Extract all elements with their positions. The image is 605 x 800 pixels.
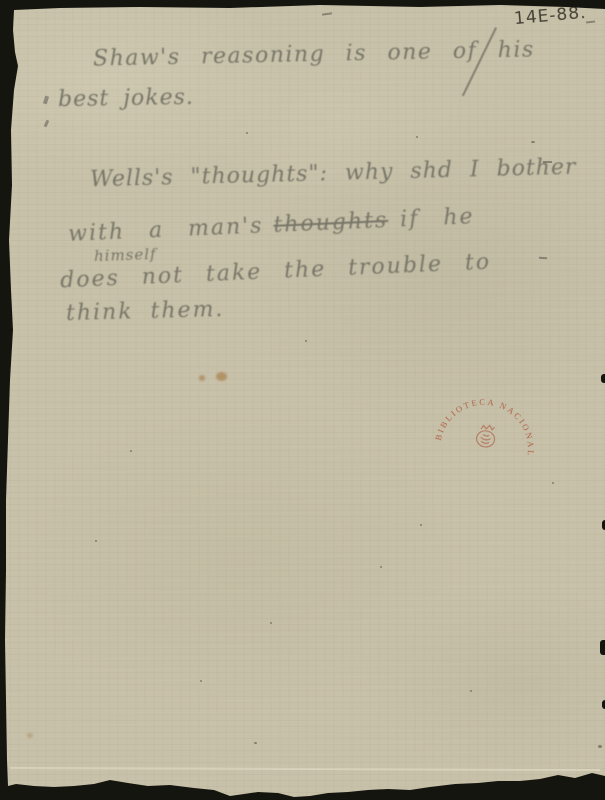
struck-out-word: thoughts — [273, 208, 389, 238]
stamp-crest-emblem — [475, 424, 496, 449]
handwriting-line-2: best jokes. — [58, 85, 194, 112]
paper-speck — [470, 690, 472, 692]
paper-speck — [270, 622, 272, 624]
handwriting-line-6: think them. — [66, 297, 225, 326]
foxing-stain — [27, 733, 33, 738]
foxing-stain — [199, 375, 205, 381]
catalog-number: 14E-88. — [513, 3, 587, 29]
paper-speck — [420, 524, 422, 526]
paper-speck — [598, 745, 602, 748]
handwriting-line-3: Wells's "thoughts": why shd I bother — [90, 155, 577, 193]
paper-speck — [130, 450, 132, 452]
paper-speck — [305, 340, 307, 342]
pencil-dash — [322, 12, 332, 15]
paper-speck — [200, 680, 202, 682]
paper-speck — [416, 136, 418, 138]
pencil-dash — [543, 161, 552, 163]
handwriting-line-4-after: if he — [400, 204, 475, 232]
pencil-tick — [44, 120, 50, 128]
paper-speck — [552, 482, 554, 484]
paper-crease — [10, 767, 600, 771]
pencil-dash — [586, 21, 595, 23]
scan-background: { "document": { "catalog_number": "14E-8… — [0, 0, 605, 800]
handwriting-line-4: with a man'sthoughtsif he — [68, 204, 475, 247]
inserted-word: himself — [94, 245, 157, 265]
paper-speck — [246, 132, 248, 134]
handwriting-line-1: Shaw's reasoning is one of his — [93, 37, 535, 71]
edge-nick — [600, 640, 605, 655]
paper-speck — [95, 540, 97, 542]
paper-speck — [254, 742, 257, 744]
handwriting-line-4-before: with a man's — [68, 213, 264, 247]
library-stamp: BIBLIOTECA NACIONAL — [422, 381, 551, 478]
paper-speck — [531, 141, 535, 143]
manuscript-page: 14E-88. Shaw's reasoning is one of his b… — [0, 0, 605, 800]
stamp-arc-text: BIBLIOTECA NACIONAL — [432, 389, 543, 458]
pencil-tick — [43, 96, 49, 105]
foxing-stain — [216, 372, 227, 381]
edge-nick — [601, 374, 605, 383]
library-stamp-graphic: BIBLIOTECA NACIONAL — [422, 381, 551, 478]
paper-speck — [380, 566, 382, 568]
pencil-dash — [539, 257, 547, 259]
